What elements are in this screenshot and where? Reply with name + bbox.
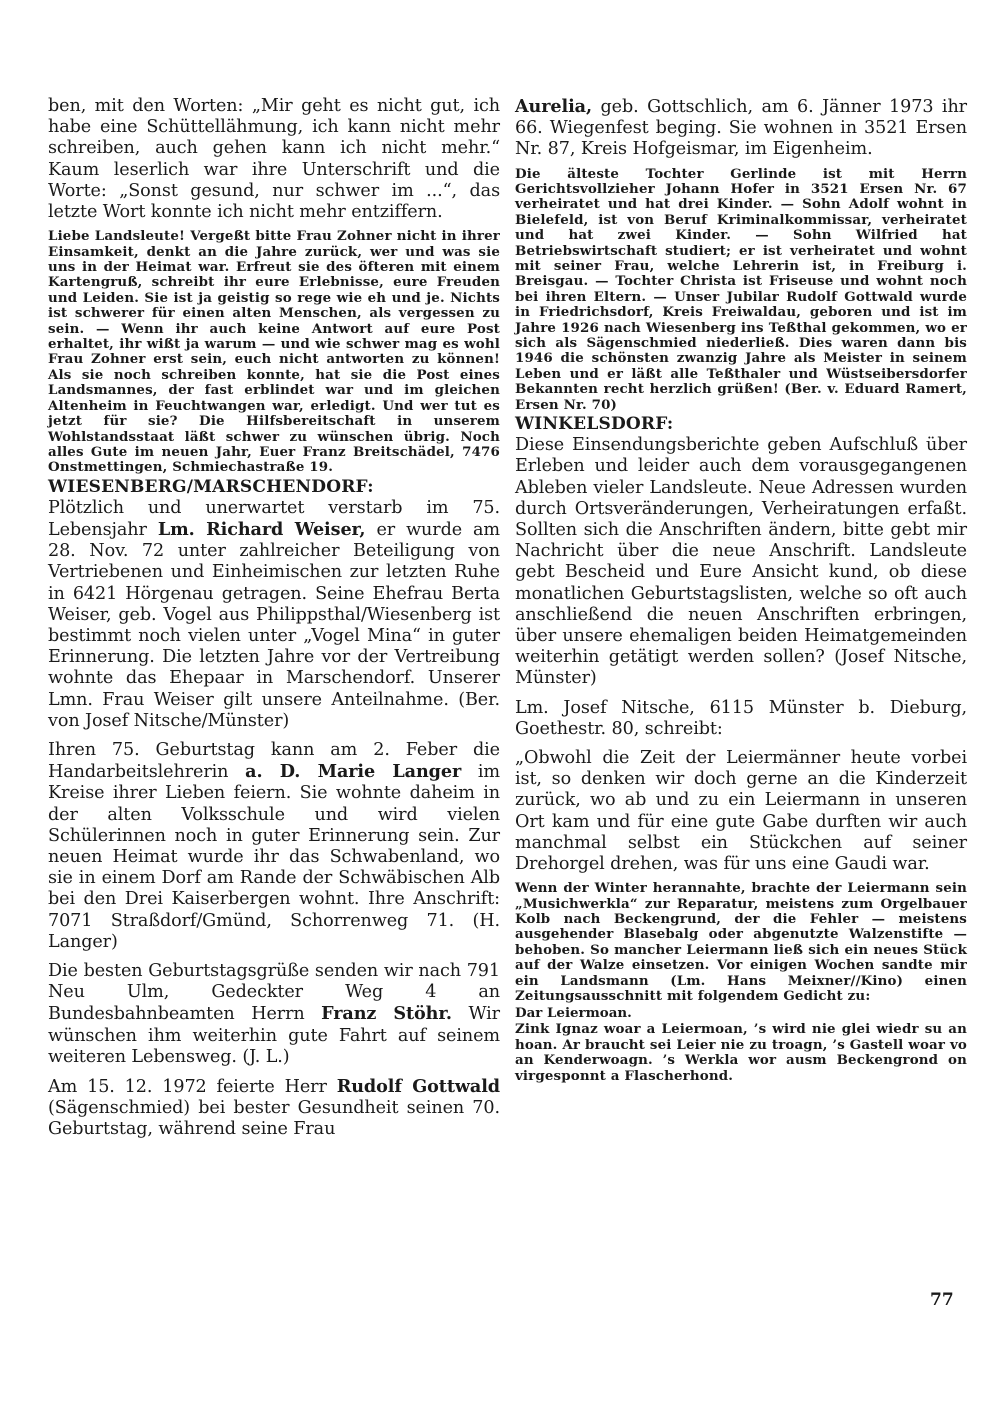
poem-title: Dar Leiermoan. bbox=[515, 1004, 967, 1022]
intro-paragraph: ben, mit den Worten: „Mir geht es nicht … bbox=[48, 96, 500, 223]
left-column: ben, mit den Worten: „Mir geht es nicht … bbox=[48, 96, 500, 1141]
bold-name: a. D. Marie Langer bbox=[245, 761, 461, 782]
paragraph-langer: Ihren 75. Geburtstag kann am 2. Feber di… bbox=[48, 740, 500, 953]
text: Am 15. 12. 1972 feierte Herr bbox=[48, 1077, 337, 1097]
text: im Kreise ihrer Lieben feiern. Sie wohnt… bbox=[48, 762, 500, 952]
bold-name: Aurelia, bbox=[515, 96, 592, 117]
paragraph-gottwald: Am 15. 12. 1972 feierte Herr Rudolf Gott… bbox=[48, 1076, 500, 1141]
section-heading-wiesenberg: WIESENBERG/MARSCHENDORF: bbox=[48, 476, 500, 498]
bold-name: Lm. Richard Weiser, bbox=[158, 519, 366, 540]
section-heading-winkelsdorf: WINKELSDORF: bbox=[515, 413, 967, 435]
paragraph-aurelia: Aurelia, geb. Gottschlich, am 6. Jänner … bbox=[515, 96, 967, 161]
text: er wurde am 28. Nov. 72 unter zahlreiche… bbox=[48, 520, 500, 731]
page-number: 77 bbox=[930, 1290, 954, 1310]
paragraph-stoehr: Die besten Geburtstagsgrüße senden wir n… bbox=[48, 961, 500, 1068]
right-column: Aurelia, geb. Gottschlich, am 6. Jänner … bbox=[515, 96, 967, 1084]
bold-name: Rudolf Gottwald bbox=[337, 1076, 500, 1097]
letter-paragraph: Liebe Landsleute! Vergeßt bitte Frau Zoh… bbox=[48, 229, 500, 476]
bold-name: Franz Stöhr. bbox=[321, 1003, 452, 1024]
family-paragraph: Die älteste Tochter Gerlinde ist mit Her… bbox=[515, 167, 967, 414]
paragraph-weiser: Plötzlich und unerwartet verstarb im 75.… bbox=[48, 498, 500, 732]
poem-text: Zink Ignaz woar a Leiermoan, ’s wird nie… bbox=[515, 1022, 967, 1084]
winter-paragraph: Wenn der Winter herannahte, brachte der … bbox=[515, 881, 967, 1004]
paragraph-leiermaenner: „Obwohl die Zeit der Leiermänner heute v… bbox=[515, 748, 967, 875]
paragraph-nitsche: Lm. Josef Nitsche, 6115 Münster b. Diebu… bbox=[515, 698, 967, 740]
text: (Sägenschmied) bei bester Gesundheit sei… bbox=[48, 1098, 500, 1139]
paragraph-einsendungen: Diese Einsendungsberichte geben Aufschlu… bbox=[515, 435, 967, 689]
